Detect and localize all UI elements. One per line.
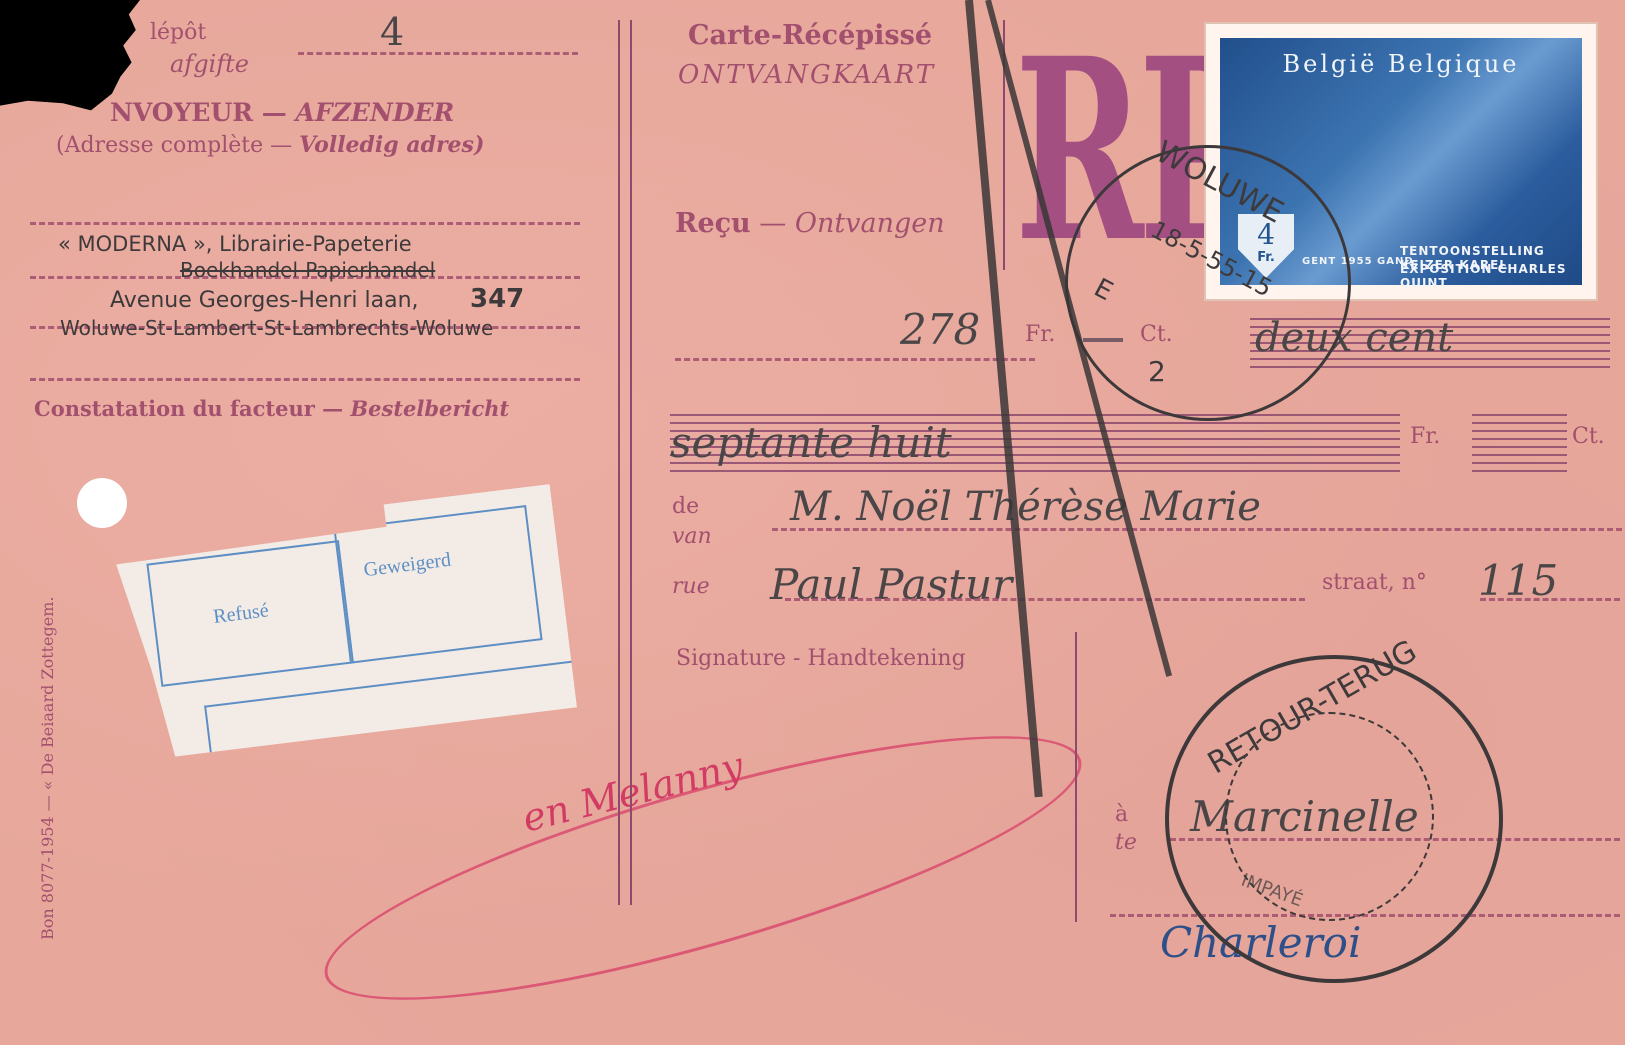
sender-heading-fr: NVOYEUR [110, 98, 253, 127]
place-label-nl: te [1115, 830, 1137, 855]
place-label-fr: à [1115, 802, 1128, 827]
street-value: Paul Pastur [770, 560, 1012, 609]
street-line [785, 598, 1305, 601]
amount-numeric: 278 [900, 305, 980, 354]
address-line-1 [30, 222, 580, 225]
address-line-trade: Boekhandel-Papierhandel [180, 258, 435, 282]
stamp-country: België Belgique [1220, 50, 1582, 78]
received-sep: — [759, 208, 786, 239]
house-number: 347 [470, 284, 524, 314]
from-value: M. Noël Thérèse Marie [790, 484, 1261, 530]
receipt-title-nl: ONTVANGKAART [678, 60, 935, 90]
divider-line-a [618, 20, 620, 905]
address-line-4 [30, 378, 580, 381]
address-hint-fr: (Adresse complète [56, 133, 263, 158]
receipt-title-fr: Carte-Récépissé [688, 20, 932, 51]
ct-label-2: Ct. [1572, 424, 1605, 449]
fr-label-2: Fr. [1410, 424, 1440, 449]
sender-heading: NVOYEUR — AFZENDER [110, 98, 454, 127]
postmark-office: 2 [1148, 355, 1166, 388]
ct-staff [1472, 414, 1567, 478]
postal-receipt-card: lépôt afgifte 4 NVOYEUR — AFZENDER (Adre… [0, 0, 1625, 1045]
received-label: Reçu — Ontvangen [675, 208, 945, 239]
address-hint-sep: — [270, 133, 292, 158]
deposit-value: 4 [380, 10, 404, 54]
sender-heading-nl: AFZENDER [296, 98, 455, 127]
stamp-caption-fr: EXPOSITION CHARLES QUINT [1400, 262, 1582, 290]
address-line-city: Woluwe-St-Lambert-St-Lambrechts-Woluwe [60, 316, 493, 340]
fr-label: Fr. [1025, 322, 1055, 347]
divider-line-b [630, 20, 632, 905]
address-line-street: Avenue Georges-Henri laan, [110, 288, 419, 313]
deposit-label-fr: lépôt [150, 20, 206, 45]
received-nl: Ontvangen [795, 208, 945, 239]
signature-divider [1075, 632, 1077, 922]
punch-hole [77, 478, 127, 528]
from-label-fr: de [672, 494, 699, 519]
sender-heading-sep: — [262, 98, 287, 127]
red-crayon-loop [304, 685, 1103, 1045]
received-fr: Reçu [675, 208, 751, 239]
postman-note-fr: Constatation du facteur — [34, 396, 343, 421]
address-hint: (Adresse complète — Volledig adres) [56, 132, 484, 158]
refusal-label: Refusé Geweigerd [113, 484, 577, 761]
address-hint-nl: Volledig adres) [299, 132, 484, 158]
refusal-box-nl [333, 505, 542, 664]
street-number-line [1480, 598, 1620, 601]
printer-imprint: Bon 8077-1954 — « De Beiaard Zottegem. [38, 597, 57, 941]
from-label-nl: van [672, 524, 712, 549]
postman-note: Constatation du facteur — Bestelbericht [34, 396, 509, 421]
deposit-line [298, 52, 578, 55]
amount-line [675, 358, 1035, 361]
deposit-label-nl: afgifte [170, 50, 249, 78]
from-line [772, 528, 1622, 531]
street-label-nl: straat, n° [1322, 570, 1427, 595]
refusal-box-lower [204, 660, 583, 767]
address-line-company: « MODERNA », Librairie-Papeterie [58, 232, 412, 256]
postman-note-nl: Bestelbericht [350, 396, 509, 421]
amount-words-2: septante huit [670, 418, 952, 467]
street-label-fr: rue [672, 574, 710, 599]
signature-label: Signature - Handtekening [676, 646, 966, 671]
